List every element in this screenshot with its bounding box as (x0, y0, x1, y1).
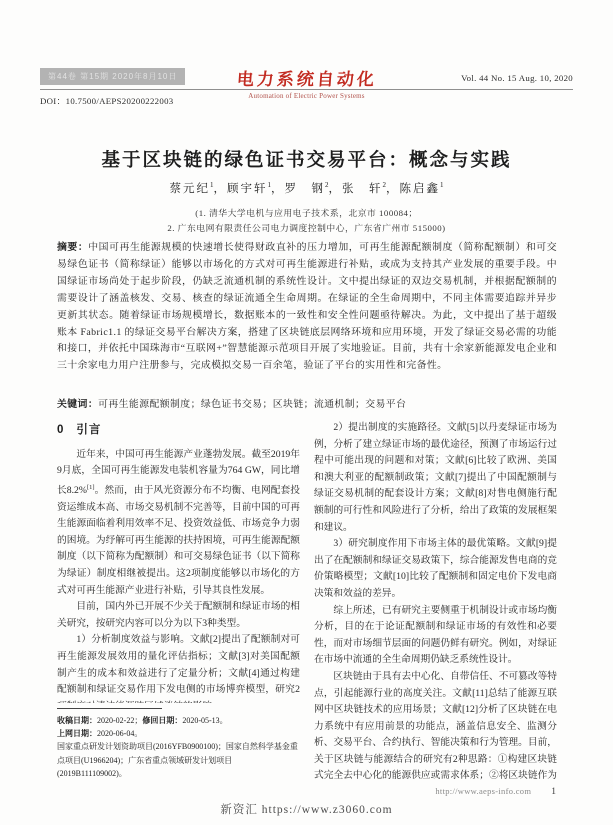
footnote-online-date: 上网日期：2020-06-04。 (57, 727, 300, 740)
citation-mark: [1] (87, 484, 95, 491)
keywords-label: 关键词： (57, 399, 98, 410)
paragraph: 目前，国内外已开展不少关于配额制和绿证市场的相关研究，按研究内容可以分为以下3种… (57, 599, 300, 632)
affiliation-line-2: 2. 广东电网有限责任公司电力调度控制中心，广东省广州市 515000) (0, 221, 613, 234)
left-column: 0引言 近年来，中国可再生能源产业蓬勃发展。截至2019年9月底，全国可再生能源… (57, 420, 300, 780)
footnote-dates: 收稿日期：2020-02-22；修回日期：2020-05-13。 (57, 714, 300, 727)
paper-title: 基于区块链的绿色证书交易平台：概念与实践 (0, 146, 613, 172)
authors-line: 蔡元纪1，顾宇轩1，罗 钢2，张 轩2，陈启鑫1 (0, 180, 613, 196)
journal-header: 第44卷 第15期 2020年8月10日 DOI：10.7500/AEPS202… (40, 64, 573, 116)
paragraph: 3）研究制度作用下市场主体的最优策略。文献[9]提出了在配额制和绿证交易政策下，… (314, 536, 557, 602)
volume-info: Vol. 44 No. 15 Aug. 10, 2020 (461, 73, 573, 83)
section-title: 引言 (76, 424, 101, 436)
footnote-block: 收稿日期：2020-02-22；修回日期：2020-05-13。 上网日期：20… (57, 703, 300, 780)
abstract-text: 中国可再生能源规模的快速增长使得财政直补的压力增加，可再生能源配额制度（简称配额… (57, 242, 557, 371)
journal-url: http://www.aeps-info.com (435, 786, 531, 796)
paragraph: 2）提出制度的实施路径。文献[5]以丹麦绿证市场为例，分析了建立绿证市场的最优途… (314, 420, 557, 536)
paragraph: 区块链由于具有去中心化、自带信任、不可篡改等特点，引起能源行业的高度关注。文献[… (314, 669, 557, 780)
issue-info-box: 第44卷 第15期 2020年8月10日 (40, 68, 185, 85)
author: 张 轩2， (342, 183, 400, 195)
abstract: 摘要：中国可再生能源规模的快速增长使得财政直补的压力增加，可再生能源配额制度（简… (57, 240, 557, 375)
section-number: 0 (57, 424, 64, 436)
paragraph: 综上所述，已有研究主要侧重于机制设计或市场均衡分析，目的在于论证配额制和绿证市场… (314, 603, 557, 669)
journal-name-english: Automation of Electric Power Systems (248, 92, 364, 100)
affiliation-line-1: (1. 清华大学电机与应用电子技术系，北京市 100084； (0, 206, 613, 219)
keywords: 关键词：可再生能源配额制度；绿色证书交易；区块链；流通机制；交易平台 (57, 396, 557, 410)
left-column-text: 0引言 近年来，中国可再生能源产业蓬勃发展。截至2019年9月底，全国可再生能源… (57, 420, 300, 703)
page-number: 1 (551, 787, 556, 797)
abstract-label: 摘要： (57, 242, 88, 253)
footnote-funding: 国家重点研发计划资助项目(2016YFB0900100)；国家自然科学基金重点项… (57, 740, 300, 780)
keywords-text: 可再生能源配额制度；绿色证书交易；区块链；流通机制；交易平台 (98, 399, 406, 410)
paragraph: 近年来，中国可再生能源产业蓬勃发展。截至2019年9月底，全国可再生能源发电装机… (57, 447, 300, 600)
author: 蔡元纪1， (170, 183, 228, 195)
paper-page: 第44卷 第15期 2020年8月10日 DOI：10.7500/AEPS202… (0, 0, 613, 825)
paragraph: 1）分析制度效益与影响。文献[2]提出了配额制对可再生能源发展效用的量化评估指标… (57, 632, 300, 703)
author: 罗 钢2， (285, 183, 343, 195)
body-columns: 0引言 近年来，中国可再生能源产业蓬勃发展。截至2019年9月底，全国可再生能源… (57, 420, 557, 780)
author: 顾宇轩1， (227, 183, 285, 195)
footer: http://www.aeps-info.com 1 (435, 786, 556, 797)
journal-logo: 电力系统自动化 (236, 65, 378, 90)
watermark-text: 新资汇 https://www.z3060.com (0, 801, 613, 817)
doi-text: DOI：10.7500/AEPS20200222003 (40, 94, 173, 107)
author: 陈启鑫1 (400, 183, 444, 195)
right-column: 2）提出制度的实施路径。文献[5]以丹麦绿证市场为例，分析了建立绿证市场的最优途… (314, 420, 557, 780)
footnote-divider (57, 708, 162, 709)
section-heading-introduction: 0引言 (57, 422, 300, 439)
